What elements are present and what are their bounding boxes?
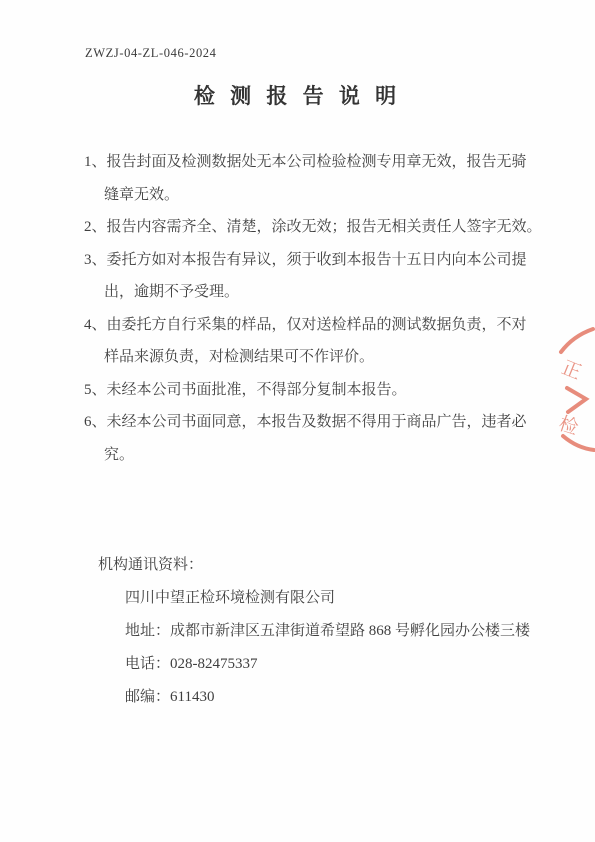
seal-arc-top <box>561 329 593 352</box>
item-number: 2、 <box>84 211 107 244</box>
contact-block: 机构通讯资料： 四川中望正检环境检测有限公司 地址：成都市新津区五津街道希望路 … <box>98 549 528 714</box>
notice-line: 1、报告封面及检测数据处无本公司检验检测专用章无效，报告无骑 <box>84 146 524 179</box>
company-address: 地址：成都市新津区五津街道希望路 868 号孵化园办公楼三楼 <box>98 615 528 648</box>
notice-item-6: 6、未经本公司书面同意，本报告及数据不得用于商品广告，违者必 究。 <box>84 406 524 471</box>
notice-item-3: 3、委托方如对本报告有异议，须于收到本报告十五日内向本公司提 出，逾期不予受理。 <box>84 244 524 309</box>
item-number: 3、 <box>84 244 107 277</box>
notice-item-1: 1、报告封面及检测数据处无本公司检验检测专用章无效，报告无骑 缝章无效。 <box>84 146 524 211</box>
item-text: 未经本公司书面批准，不得部分复制本报告。 <box>107 382 407 398</box>
notice-line: 出，逾期不予受理。 <box>84 276 524 309</box>
seal-arc-bottom <box>563 436 594 450</box>
item-number: 4、 <box>84 309 107 342</box>
item-number: 6、 <box>84 406 107 439</box>
notice-line: 5、未经本公司书面批准，不得部分复制本报告。 <box>84 374 524 407</box>
notice-line: 4、由委托方自行采集的样品，仅对送检样品的测试数据负责，不对 <box>84 309 524 342</box>
page-title: 检 测 报 告 说 明 <box>0 80 595 110</box>
notice-item-5: 5、未经本公司书面批准，不得部分复制本报告。 <box>84 374 524 407</box>
report-notice-page: ZWZJ-04-ZL-046-2024 检 测 报 告 说 明 1、报告封面及检… <box>0 0 595 842</box>
seal-star-point <box>567 388 586 412</box>
seal-char-bottom: 检 <box>556 412 581 439</box>
company-phone: 电话：028-82475337 <box>98 648 528 681</box>
company-name: 四川中望正检环境检测有限公司 <box>98 582 528 615</box>
notice-line: 6、未经本公司书面同意，本报告及数据不得用于商品广告，违者必 <box>84 406 524 439</box>
notice-line: 缝章无效。 <box>84 179 524 212</box>
notice-line: 样品来源负责，对检测结果可不作评价。 <box>84 341 524 374</box>
notice-item-4: 4、由委托方自行采集的样品，仅对送检样品的测试数据负责，不对 样品来源负责，对检… <box>84 309 524 374</box>
notice-list: 1、报告封面及检测数据处无本公司检验检测专用章无效，报告无骑 缝章无效。 2、报… <box>84 146 524 471</box>
notice-line: 3、委托方如对本报告有异议，须于收到本报告十五日内向本公司提 <box>84 244 524 277</box>
contact-heading: 机构通讯资料： <box>98 549 528 582</box>
item-text: 报告封面及检测数据处无本公司检验检测专用章无效，报告无骑 <box>107 154 527 170</box>
seal-icon: 正 检 <box>555 320 595 452</box>
item-text: 委托方如对本报告有异议，须于收到本报告十五日内向本公司提 <box>107 252 527 268</box>
seal-char-top: 正 <box>559 356 585 384</box>
item-number: 1、 <box>84 146 107 179</box>
item-text: 未经本公司书面同意，本报告及数据不得用于商品广告，违者必 <box>107 414 527 430</box>
notice-item-2: 2、报告内容需齐全、清楚，涂改无效；报告无相关责任人签字无效。 <box>84 211 524 244</box>
company-postcode: 邮编：611430 <box>98 681 528 714</box>
red-seal-fragment: 正 检 <box>555 320 595 452</box>
notice-line: 究。 <box>84 439 524 472</box>
notice-line: 2、报告内容需齐全、清楚，涂改无效；报告无相关责任人签字无效。 <box>84 211 524 244</box>
document-code: ZWZJ-04-ZL-046-2024 <box>85 46 217 61</box>
item-text: 报告内容需齐全、清楚，涂改无效；报告无相关责任人签字无效。 <box>107 219 542 235</box>
item-text: 由委托方自行采集的样品，仅对送检样品的测试数据负责，不对 <box>107 317 527 333</box>
item-number: 5、 <box>84 374 107 407</box>
